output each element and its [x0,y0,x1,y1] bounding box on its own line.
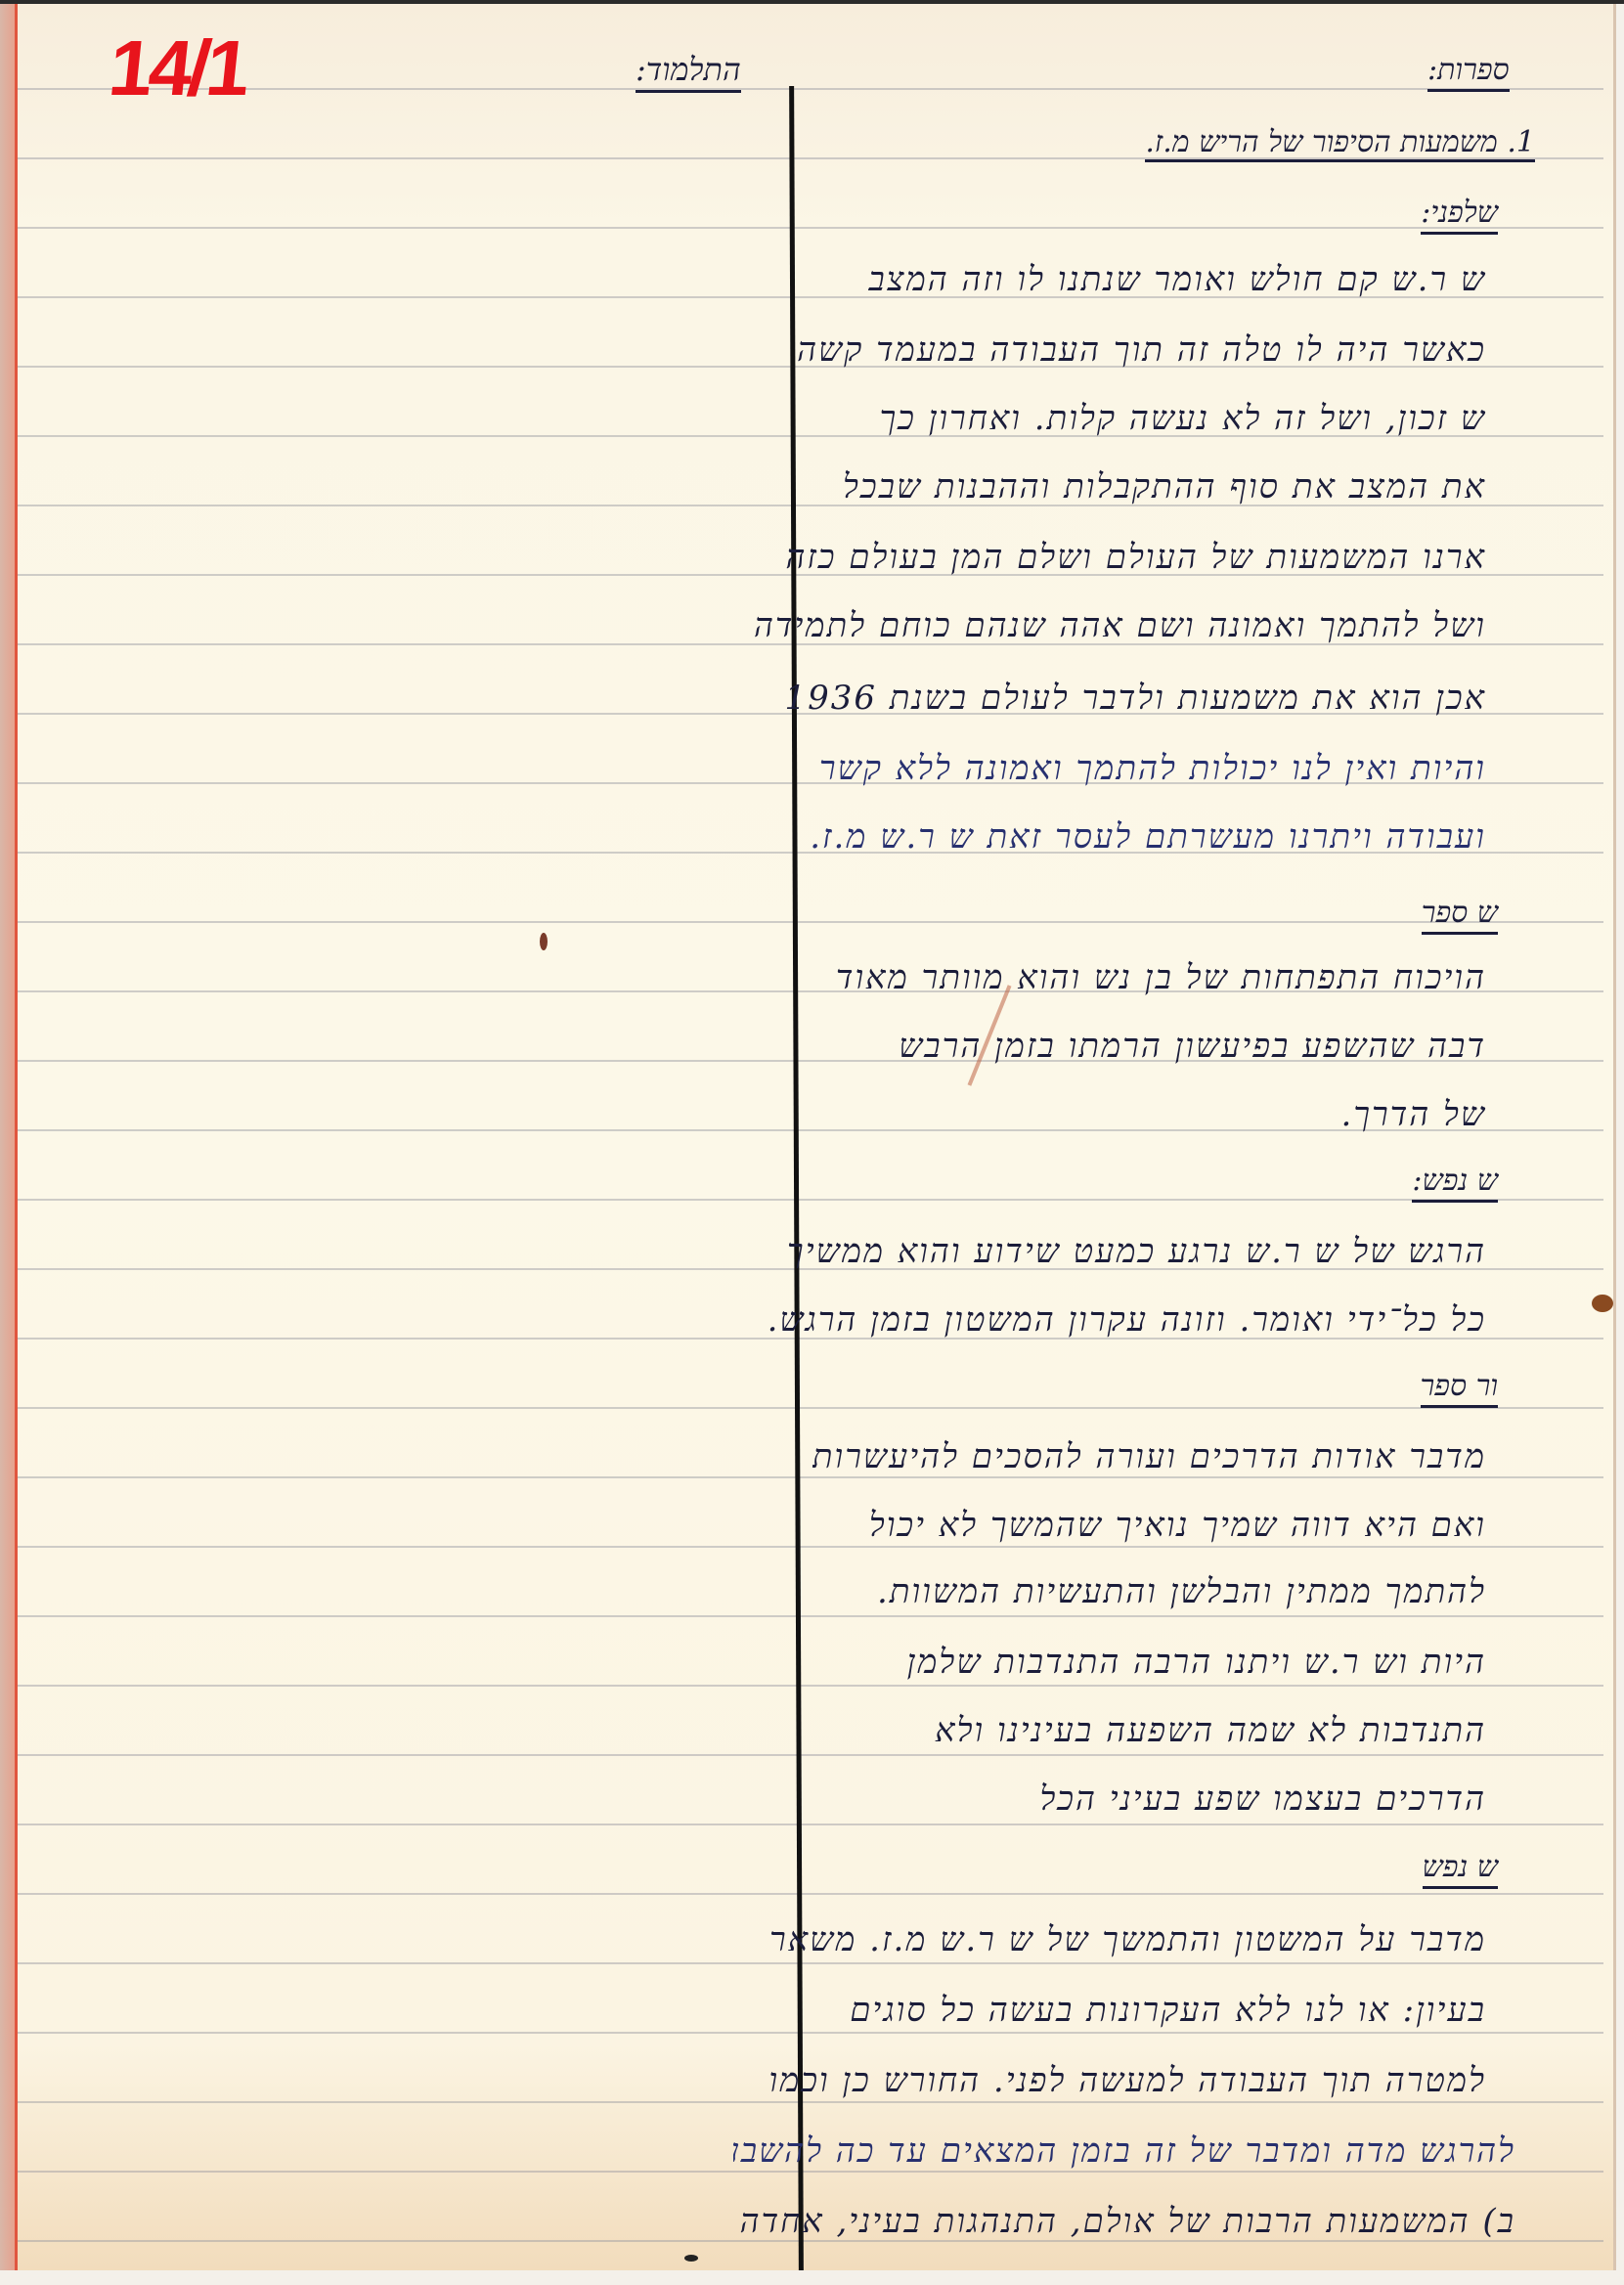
handwritten-line: ואם היא דווה שמיך נואיך שהמשך לא יכול [869,1506,1486,1545]
handwritten-line: ארנו המשמעות של העולם ושלם המן בעולם כזה [785,538,1486,577]
ink-stain [684,2255,698,2262]
handwritten-line: למטרה תוך העבודה למעשה לפני. החורש כן וכ… [769,2061,1487,2100]
ruled-line [18,1546,1603,1548]
handwritten-line: הדרכים בעצמו שפע בעיני הכל [1039,1780,1486,1819]
ruled-line [18,2101,1603,2103]
ink-stain [540,933,548,950]
handwritten-line: הרגש של ש ר.ש נרגע כמעט שידוע והוא ממשיך [787,1232,1486,1271]
section-heading: ש ספר [1422,896,1498,935]
handwritten-line: ש ר.ש קם חולש ואומר שנתנו לו וזה המצב [868,260,1486,299]
ruled-line [18,1962,1603,1964]
section-heading: ש נפש [1423,1850,1499,1889]
ruled-line [18,1754,1603,1756]
section-title: 1. משמעות הסיפור של הריש מ.ז. [1145,125,1535,162]
folio-number: 14/1 [105,23,250,113]
handwritten-line: ועבודה ויתרנו מעשרתם לעסר זאת ש ר.ש מ.ז. [810,817,1486,857]
handwritten-line: הויכוח התפתחות של בן נש והוא מוותר מאוד [836,958,1486,997]
handwritten-line: בעיון: או לנו ללא העקרונות בעשה כל סוגים [850,1991,1486,2030]
section-heading: ור ספר [1421,1369,1498,1408]
ruled-line [18,1476,1603,1478]
handwritten-line: והיות ואין לנו יכולות להתמך ואמונה ללא ק… [819,749,1486,788]
ruled-line [18,1407,1603,1409]
ruled-line [18,1824,1603,1825]
section-heading: שלפני: [1421,196,1498,235]
handwritten-line: ב) המשמעות הרבות של אולם, התנהגות בעיני,… [740,2202,1515,2241]
handwritten-line: להתמך ממתין והבלשן והתעשיות המשוות. [877,1572,1486,1611]
ruled-line [18,2171,1603,2173]
handwritten-line: כל כל־ידי ואומר. וזונה עקרון המשטון בזמן… [768,1300,1486,1340]
handwritten-line: מדבר אודות הדרכים ועורה להסכים להיעשרות [812,1437,1486,1476]
handwritten-line: מדבר על המשטון והתמשך של ש ר.ש מ.ז. משאר [769,1920,1486,1959]
section-heading: ש נפש: [1412,1164,1498,1203]
ruled-line [18,1893,1603,1895]
handwritten-line: היות וש ר.ש ויתנו הרבה התנדבות שלמן [907,1643,1486,1682]
ruled-line [18,2032,1603,2034]
handwritten-line: אכן הוא את משמעות ולדבר לעולם בשנת 1936 [784,679,1486,718]
ruled-line [18,1685,1603,1687]
ruled-line [18,1199,1603,1201]
ruled-line [18,88,1603,90]
ink-stain [1592,1295,1613,1312]
left-column-header: התלמוד: [636,51,741,93]
handwritten-line: כאשר היה לו טלה זה תוך העבודה במעמד קשה [797,330,1486,370]
handwritten-line: להרגש מדה ומדבר של זה בזמן המצאים עד כה … [733,2131,1515,2171]
margin-red-line [15,4,18,2270]
notebook-page: 14/1 התלמוד: ספרות: 1. משמעות הסיפור של … [0,4,1616,2270]
ruled-line [18,1615,1603,1617]
ruled-line [18,227,1603,229]
handwritten-line: ש זכון, ושל זה לא נעשה קלות. ואחרון כך [880,399,1486,438]
handwritten-line: של הדרך. [1341,1095,1486,1134]
handwritten-line: את המצב את סוף ההתקבלות וההבנות שבכל [843,467,1486,506]
page-binding-edge [0,4,16,2270]
ruled-line [18,921,1603,923]
right-column-header: ספרות: [1427,53,1510,92]
handwritten-line: ושל להתמך ואמונה ושם אהה שנהם כוחם לתמיד… [754,606,1486,645]
handwritten-line: התנדבות לא שמה השפעה בעינינו ולא [935,1711,1486,1750]
